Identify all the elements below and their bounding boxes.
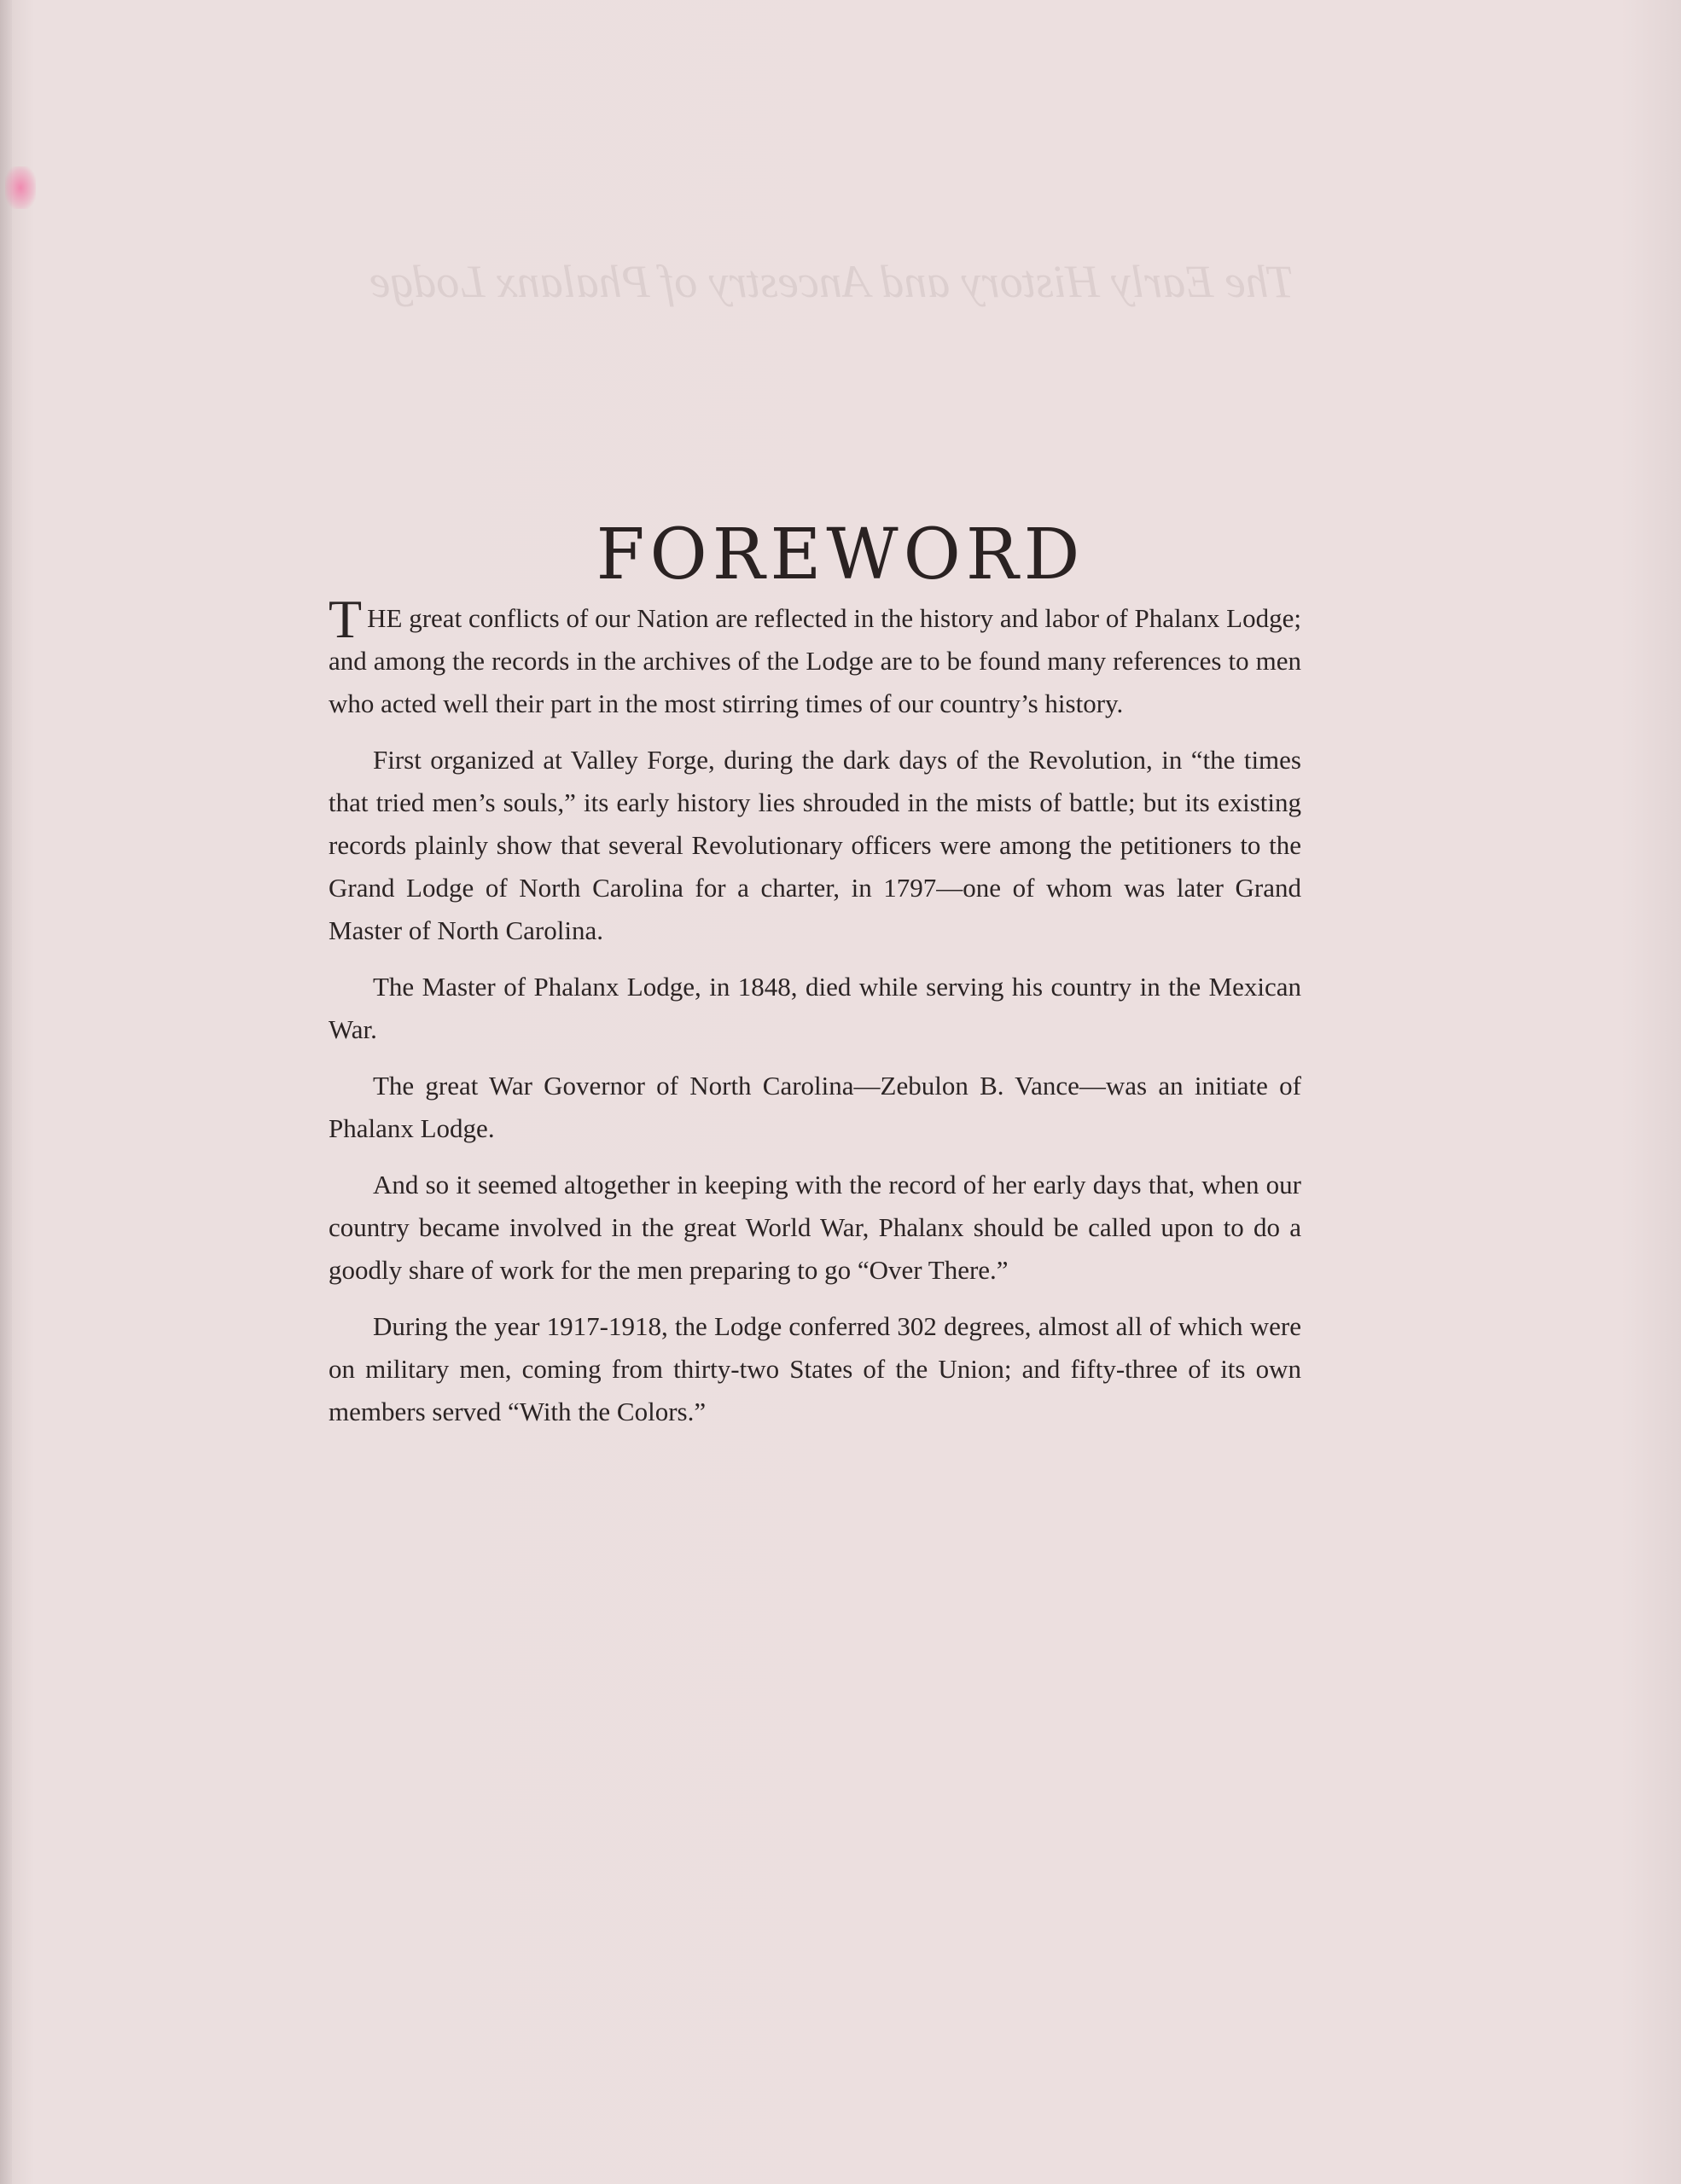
paragraph-2: First organized at Valley Forge, during … [329, 739, 1301, 952]
scanned-page: The Early History and Ancestry of Phalan… [0, 0, 1681, 2184]
foreword-body: THE great conflicts of our Nation are re… [329, 597, 1301, 1447]
lead-in: HE [367, 603, 402, 633]
pink-stain-mark [5, 166, 36, 209]
paragraph-5: And so it seemed altogether in keeping w… [329, 1164, 1301, 1292]
paragraph-text: great conflicts of our Nation are reflec… [329, 603, 1301, 718]
paragraph-1: THE great conflicts of our Nation are re… [329, 597, 1301, 725]
paragraph-6: During the year 1917-1918, the Lodge con… [329, 1305, 1301, 1433]
drop-cap: T [329, 602, 362, 636]
paragraph-3: The Master of Phalanx Lodge, in 1848, di… [329, 966, 1301, 1051]
paragraph-4: The great War Governor of North Carolina… [329, 1065, 1301, 1150]
page-title: FOREWORD [0, 514, 1681, 595]
page-binding-edge [0, 0, 12, 2184]
bleed-heading: The Early History and Ancestry of Phalan… [333, 247, 1331, 316]
